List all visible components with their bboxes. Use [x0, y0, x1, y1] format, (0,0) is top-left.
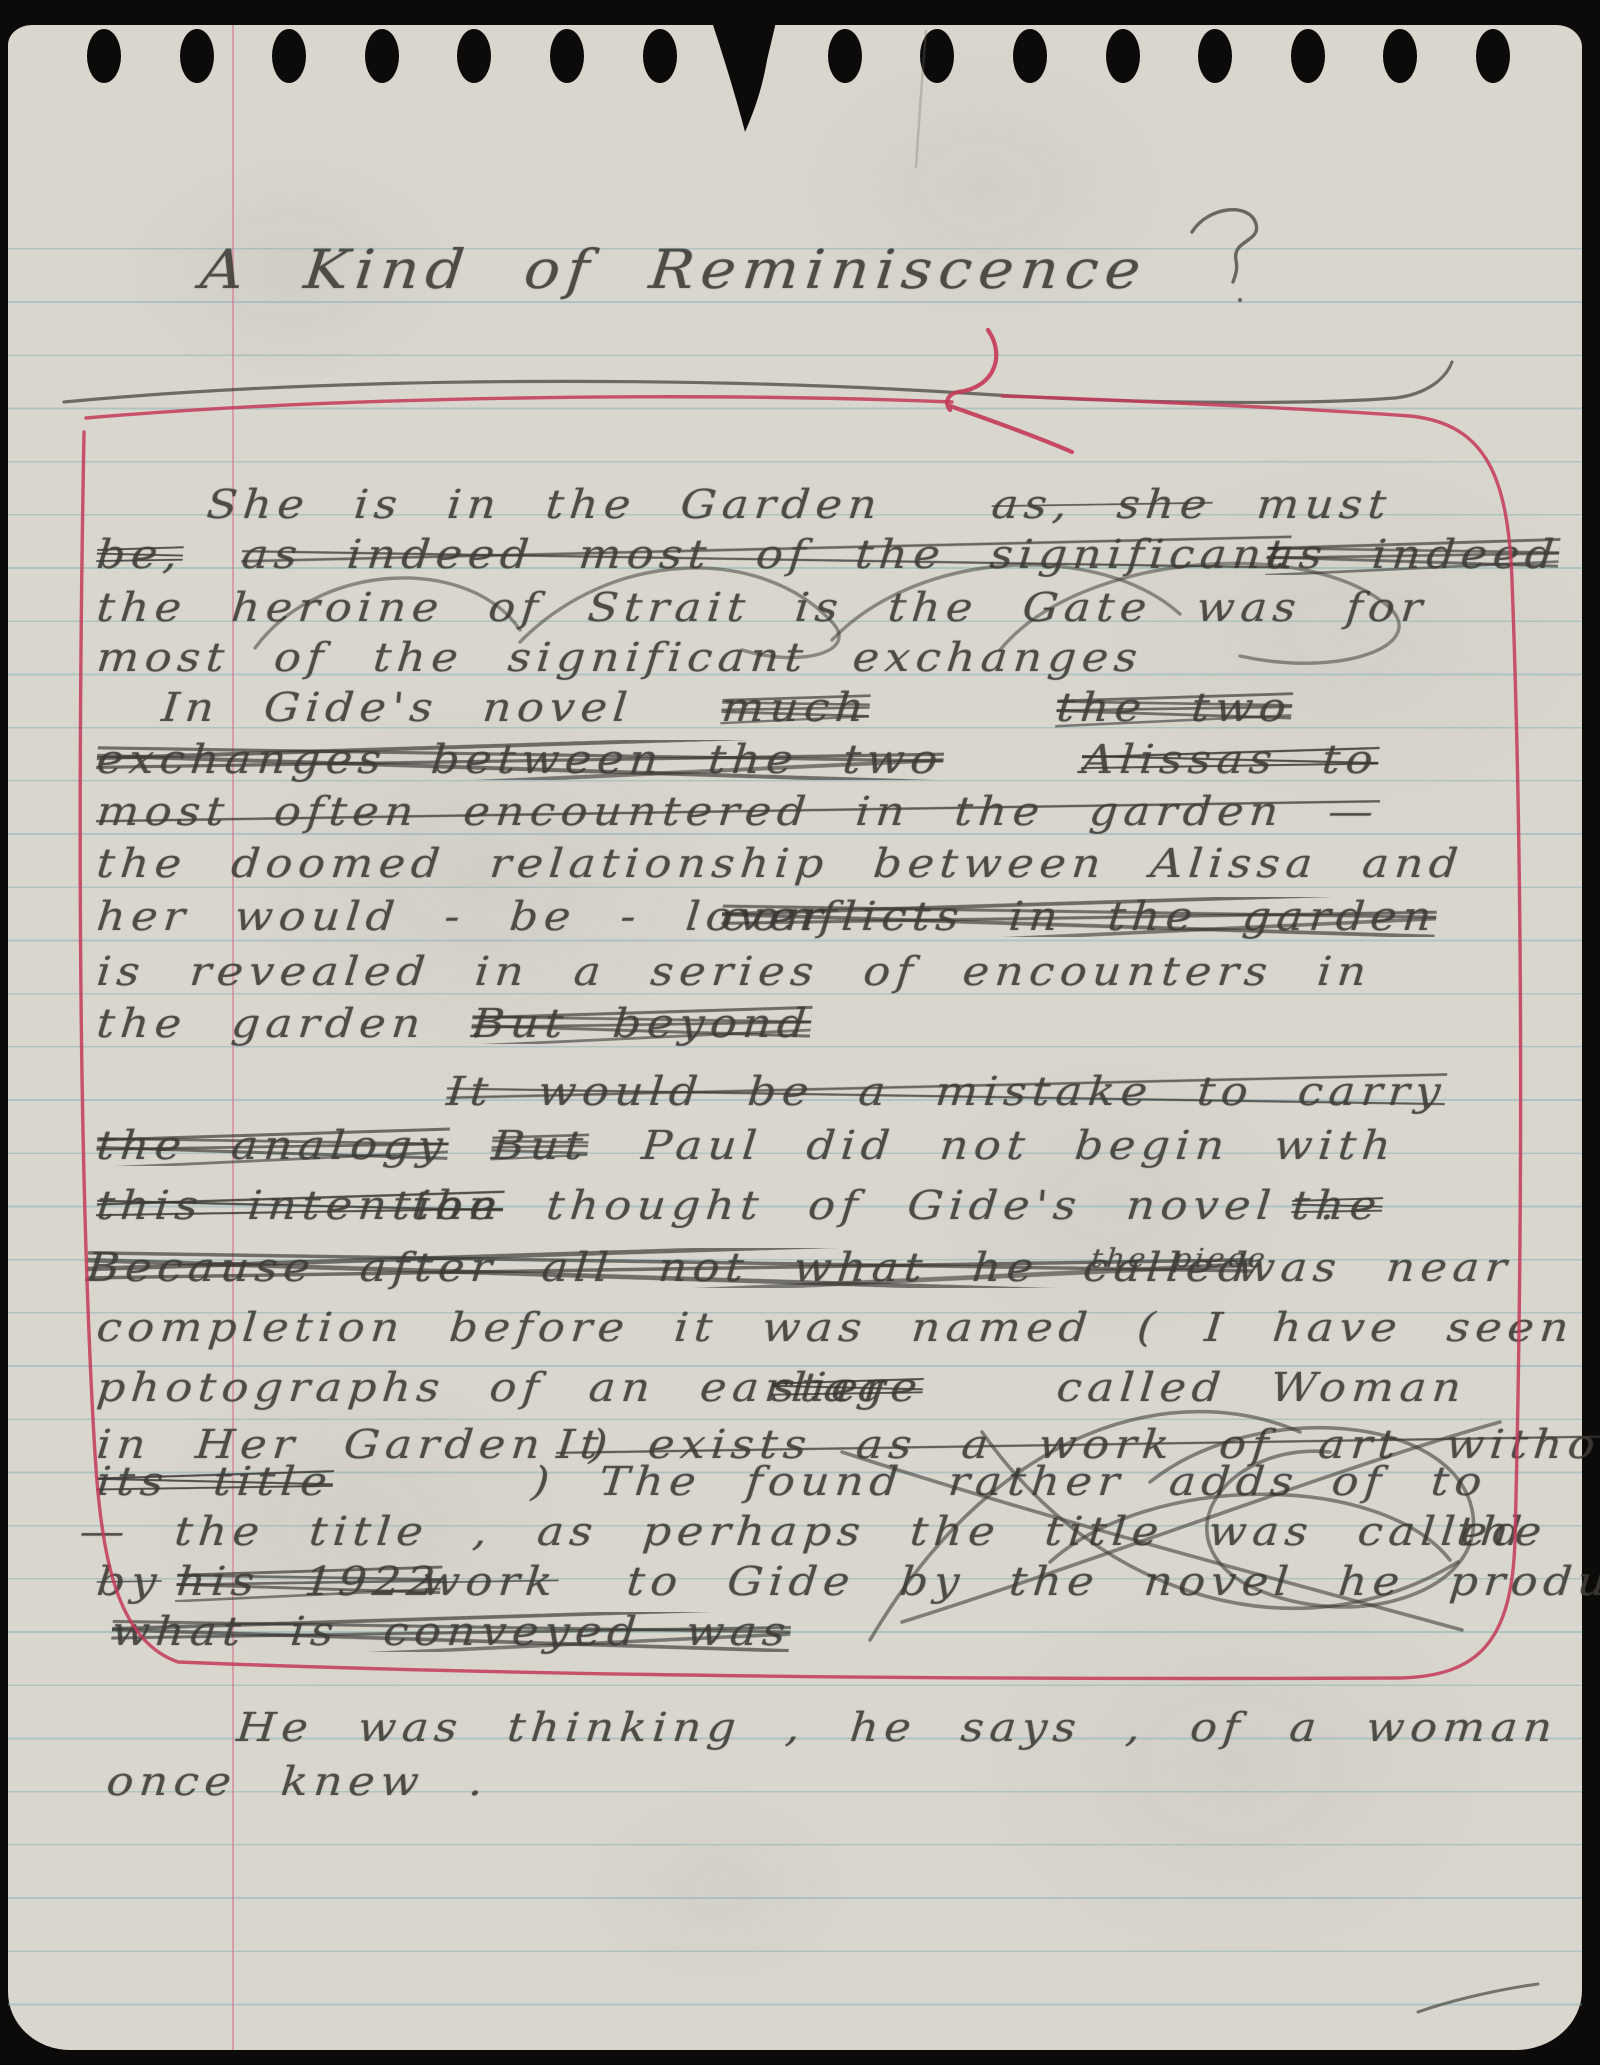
ruled-lines [8, 248, 1582, 2044]
punch-hole [643, 29, 677, 83]
punch-hole [1291, 29, 1325, 83]
punch-hole [1476, 29, 1510, 83]
punch-hole [180, 29, 214, 83]
punch-hole [457, 29, 491, 83]
punch-hole [1106, 29, 1140, 83]
margin-rule-line [232, 25, 234, 2050]
punch-hole [1383, 29, 1417, 83]
punch-hole [828, 29, 862, 83]
paper-texture [8, 25, 1582, 2050]
punch-hole [1013, 29, 1047, 83]
punch-hole [87, 29, 121, 83]
punch-hole [272, 29, 306, 83]
punch-hole [550, 29, 584, 83]
notebook-paper-sheet [8, 25, 1582, 2050]
punch-hole [1198, 29, 1232, 83]
punch-hole [920, 29, 954, 83]
punch-hole [365, 29, 399, 83]
photographed-notebook-page: A Kind of Reminiscence She is in the Gar… [0, 0, 1600, 2065]
